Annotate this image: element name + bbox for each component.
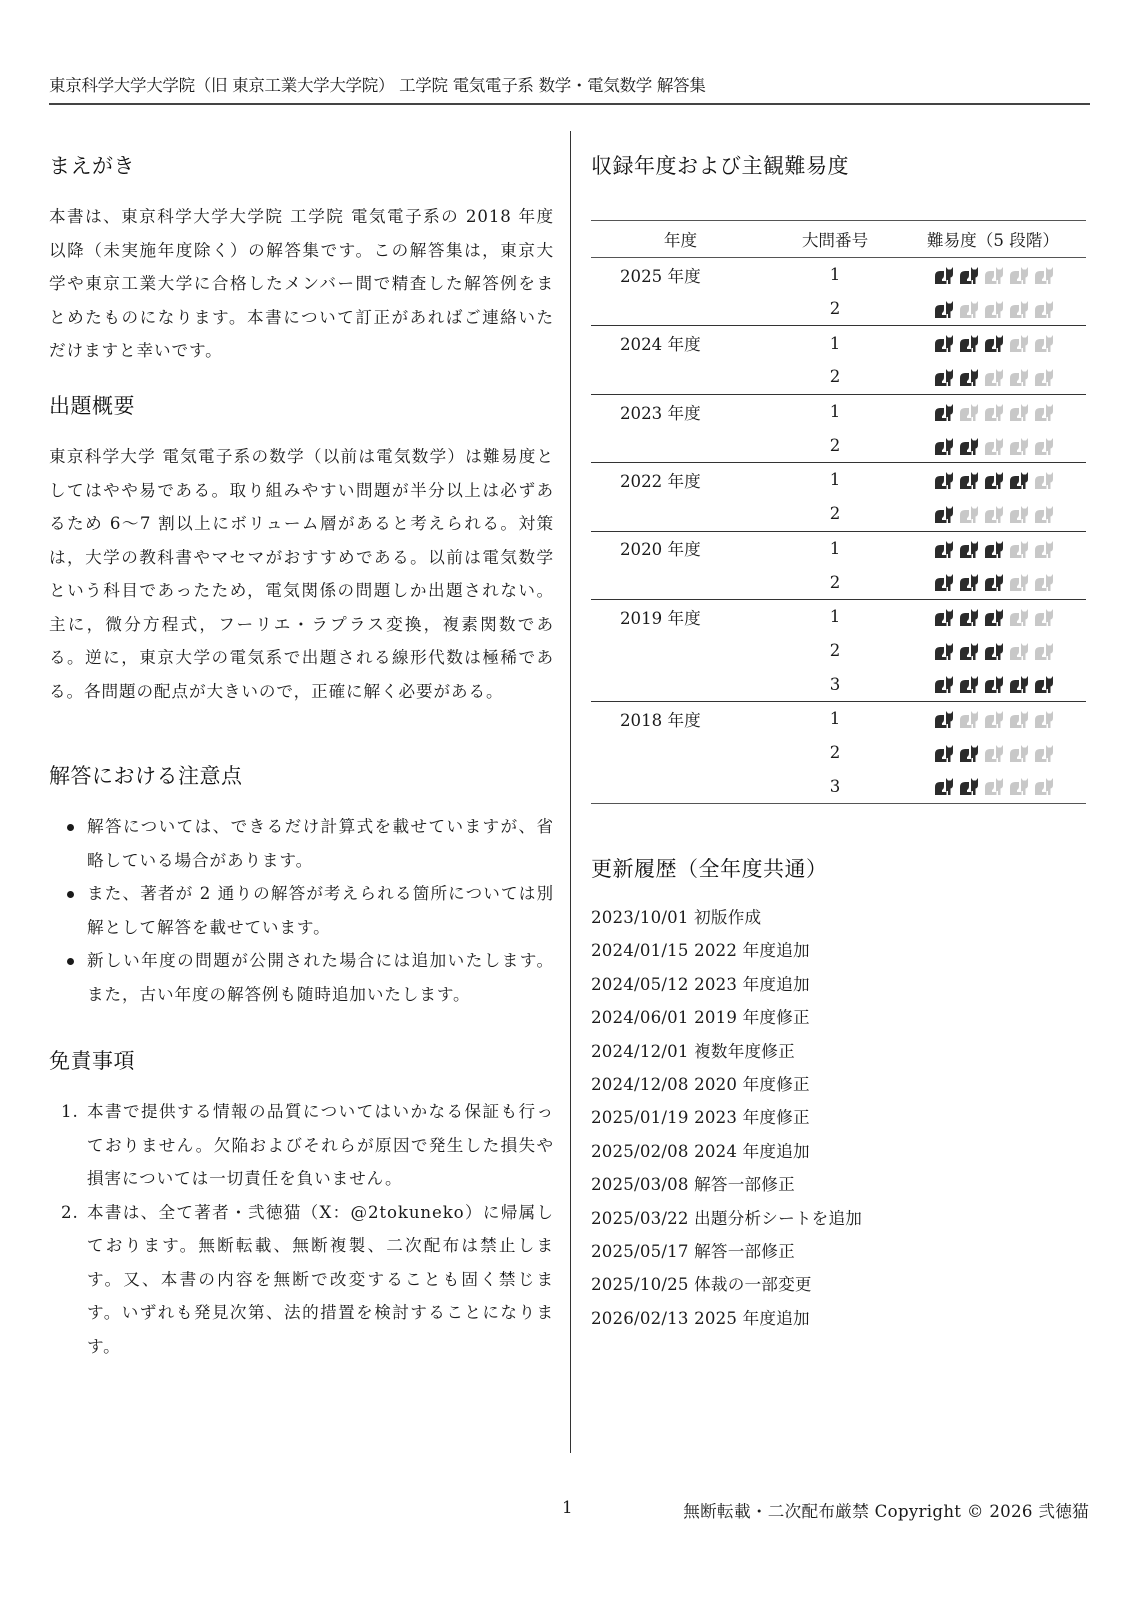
cat-empty-icon [982, 743, 1005, 763]
difficulty-cell [900, 497, 1086, 531]
copyright-notice: 無断転載・二次配布厳禁 Copyright © 2026 弐徳猫 [683, 1498, 1089, 1522]
question-number-cell: 1 [770, 531, 900, 565]
note-text: 新しい年度の問題が公開された場合には追加いたします。また，古い年度の解答例も随時… [87, 951, 554, 1004]
cat-filled-icon [957, 367, 980, 387]
year-cell [591, 634, 770, 668]
cat-filled-icon [957, 641, 980, 661]
question-number-cell: 3 [770, 667, 900, 701]
question-number-cell: 2 [770, 736, 900, 770]
difficulty-rating [932, 607, 1055, 627]
year-cell: 2020 年度 [591, 531, 770, 565]
cat-empty-icon [1032, 367, 1055, 387]
difficulty-rating [932, 402, 1055, 422]
difficulty-rating [932, 674, 1055, 694]
cat-filled-icon [932, 776, 955, 796]
cat-empty-icon [1032, 470, 1055, 490]
question-number-cell: 2 [770, 497, 900, 531]
bullet-icon [67, 824, 74, 831]
cat-empty-icon [1007, 743, 1030, 763]
cat-filled-icon [1007, 470, 1030, 490]
table-row: 2 [591, 360, 1086, 394]
difficulty-rating [932, 265, 1055, 285]
year-cell: 2024 年度 [591, 326, 770, 360]
column-divider [570, 131, 571, 1453]
note-item: 新しい年度の問題が公開された場合には追加いたします。また，古い年度の解答例も随時… [49, 944, 554, 1011]
history-entry: 2024/12/08 2020 年度修正 [591, 1068, 1086, 1101]
header-rule [49, 103, 1090, 105]
note-text: また、著者が 2 通りの解答が考えられる箇所については別解として解答を載せていま… [87, 884, 554, 937]
table-row: 3 [591, 667, 1086, 701]
cat-empty-icon [982, 265, 1005, 285]
cat-filled-icon [1032, 674, 1055, 694]
preface-section: まえがき 本書は、東京科学大学大学院 工学院 電気電子系の 2018 年度以降（… [49, 150, 554, 368]
cat-filled-icon [1007, 674, 1030, 694]
year-cell [591, 292, 770, 326]
history-entry: 2025/05/17 解答一部修正 [591, 1235, 1086, 1268]
question-number-cell: 1 [770, 599, 900, 633]
cat-filled-icon [957, 539, 980, 559]
year-cell [591, 736, 770, 770]
table-header-row: 年度 大問番号 難易度（5 段階） [591, 221, 1086, 258]
cat-filled-icon [932, 265, 955, 285]
cat-empty-icon [1007, 299, 1030, 319]
difficulty-cell [900, 394, 1086, 428]
cat-empty-icon [982, 402, 1005, 422]
right-column: 収録年度および主観難易度 年度 大問番号 難易度（5 段階） 2025 年度12… [591, 150, 1086, 180]
disclaimer-list: 1.本書で提供する情報の品質についてはいかなる保証も行っておりません。欠陥および… [49, 1095, 554, 1363]
cat-empty-icon [1032, 402, 1055, 422]
difficulty-cell [900, 634, 1086, 668]
column-header-year: 年度 [591, 221, 770, 258]
cat-filled-icon [957, 333, 980, 353]
cat-filled-icon [982, 572, 1005, 592]
cat-filled-icon [957, 436, 980, 456]
cat-empty-icon [1007, 333, 1030, 353]
cat-filled-icon [932, 333, 955, 353]
difficulty-rating [932, 333, 1055, 353]
cat-filled-icon [982, 607, 1005, 627]
cat-empty-icon [957, 504, 980, 524]
disclaimer-text: 本書で提供する情報の品質についてはいかなる保証も行っておりません。欠陥およびそれ… [87, 1102, 554, 1188]
cat-empty-icon [1032, 572, 1055, 592]
cat-filled-icon [982, 641, 1005, 661]
question-number-cell: 2 [770, 634, 900, 668]
year-cell [591, 667, 770, 701]
cat-filled-icon [932, 641, 955, 661]
table-row: 2 [591, 736, 1086, 770]
table-row: 2 [591, 497, 1086, 531]
cat-filled-icon [982, 674, 1005, 694]
disclaimer-section: 免責事項 1.本書で提供する情報の品質についてはいかなる保証も行っておりません。… [49, 1045, 554, 1363]
difficulty-rating [932, 743, 1055, 763]
cat-filled-icon [957, 743, 980, 763]
difficulty-rating [932, 709, 1055, 729]
cat-filled-icon [957, 572, 980, 592]
cat-empty-icon [982, 299, 1005, 319]
cat-empty-icon [1032, 265, 1055, 285]
cat-filled-icon [982, 333, 1005, 353]
overview-section: 出題概要 東京科学大学 電気電子系の数学（以前は電気数学）は難易度としてはやや易… [49, 390, 554, 708]
notes-heading: 解答における注意点 [49, 760, 554, 790]
cat-filled-icon [932, 402, 955, 422]
cat-filled-icon [957, 265, 980, 285]
history-entry: 2025/03/08 解答一部修正 [591, 1168, 1086, 1201]
history-entry: 2024/01/15 2022 年度追加 [591, 934, 1086, 967]
difficulty-rating [932, 641, 1055, 661]
year-cell [591, 360, 770, 394]
cat-filled-icon [932, 709, 955, 729]
difficulty-rating [932, 299, 1055, 319]
question-number-cell: 3 [770, 769, 900, 803]
history-heading: 更新履歴（全年度共通） [591, 853, 1086, 883]
cat-empty-icon [982, 776, 1005, 796]
running-header: 東京科学大学大学院（旧 東京工業大学大学院） 工学院 電気電子系 数学・電気数学… [49, 72, 1089, 96]
difficulty-cell [900, 428, 1086, 462]
question-number-cell: 2 [770, 292, 900, 326]
cat-empty-icon [957, 709, 980, 729]
note-item: 解答については、できるだけ計算式を載せていますが、省略している場合があります。 [49, 810, 554, 877]
bullet-icon [67, 891, 74, 898]
table-row: 2024 年度1 [591, 326, 1086, 360]
difficulty-rating [932, 539, 1055, 559]
preface-text: 本書は、東京科学大学大学院 工学院 電気電子系の 2018 年度以降（未実施年度… [49, 200, 554, 368]
history-entry: 2024/05/12 2023 年度追加 [591, 968, 1086, 1001]
cat-empty-icon [982, 367, 1005, 387]
cat-filled-icon [932, 743, 955, 763]
difficulty-cell [900, 769, 1086, 803]
cat-empty-icon [1032, 539, 1055, 559]
difficulty-cell [900, 565, 1086, 599]
question-number-cell: 1 [770, 326, 900, 360]
item-number: 1. [61, 1095, 79, 1129]
cat-filled-icon [957, 470, 980, 490]
year-cell [591, 497, 770, 531]
difficulty-heading: 収録年度および主観難易度 [591, 150, 1086, 180]
year-cell: 2019 年度 [591, 599, 770, 633]
cat-empty-icon [982, 709, 1005, 729]
cat-filled-icon [982, 539, 1005, 559]
cat-filled-icon [932, 607, 955, 627]
difficulty-rating [932, 572, 1055, 592]
table-row: 2 [591, 634, 1086, 668]
table-row: 2018 年度1 [591, 701, 1086, 735]
cat-filled-icon [982, 470, 1005, 490]
notes-section: 解答における注意点 解答については、できるだけ計算式を載せていますが、省略してい… [49, 760, 554, 1011]
table-row: 2 [591, 292, 1086, 326]
history-entry: 2023/10/01 初版作成 [591, 901, 1086, 934]
cat-empty-icon [982, 504, 1005, 524]
question-number-cell: 1 [770, 701, 900, 735]
question-number-cell: 1 [770, 258, 900, 292]
difficulty-cell [900, 258, 1086, 292]
difficulty-rating [932, 436, 1055, 456]
cat-empty-icon [1032, 333, 1055, 353]
cat-empty-icon [1032, 607, 1055, 627]
year-cell [591, 565, 770, 599]
table-row: 2022 年度1 [591, 463, 1086, 497]
cat-empty-icon [1007, 776, 1030, 796]
history-entry: 2025/03/22 出題分析シートを追加 [591, 1202, 1086, 1235]
year-cell: 2018 年度 [591, 701, 770, 735]
cat-filled-icon [957, 607, 980, 627]
disclaimer-item: 1.本書で提供する情報の品質についてはいかなる保証も行っておりません。欠陥および… [49, 1095, 554, 1196]
cat-filled-icon [932, 539, 955, 559]
difficulty-cell [900, 531, 1086, 565]
cat-empty-icon [982, 436, 1005, 456]
question-number-cell: 2 [770, 360, 900, 394]
table-row: 2020 年度1 [591, 531, 1086, 565]
difficulty-cell [900, 326, 1086, 360]
cat-filled-icon [932, 299, 955, 319]
history-entry: 2024/06/01 2019 年度修正 [591, 1001, 1086, 1034]
cat-empty-icon [1007, 641, 1030, 661]
difficulty-cell [900, 292, 1086, 326]
question-number-cell: 2 [770, 428, 900, 462]
overview-heading: 出題概要 [49, 390, 554, 420]
disclaimer-heading: 免責事項 [49, 1045, 554, 1075]
year-cell [591, 428, 770, 462]
column-header-question: 大問番号 [770, 221, 900, 258]
cat-filled-icon [957, 776, 980, 796]
question-number-cell: 1 [770, 463, 900, 497]
difficulty-cell [900, 667, 1086, 701]
cat-empty-icon [1007, 572, 1030, 592]
cat-empty-icon [1007, 539, 1030, 559]
difficulty-rating [932, 470, 1055, 490]
cat-empty-icon [957, 299, 980, 319]
difficulty-rating [932, 776, 1055, 796]
table-row: 3 [591, 769, 1086, 803]
item-number: 2. [61, 1196, 79, 1230]
cat-empty-icon [1007, 436, 1030, 456]
cat-empty-icon [1007, 367, 1030, 387]
table-row: 2019 年度1 [591, 599, 1086, 633]
cat-filled-icon [932, 367, 955, 387]
cat-filled-icon [932, 674, 955, 694]
disclaimer-item: 2.本書は、全て著者・弐徳猫（X：@2tokuneko）に帰属しております。無断… [49, 1196, 554, 1364]
cat-filled-icon [932, 572, 955, 592]
cat-empty-icon [1032, 641, 1055, 661]
cat-empty-icon [1032, 504, 1055, 524]
history-list: 2023/10/01 初版作成2024/01/15 2022 年度追加2024/… [591, 901, 1086, 1335]
year-cell: 2023 年度 [591, 394, 770, 428]
column-header-difficulty: 難易度（5 段階） [900, 221, 1086, 258]
note-text: 解答については、できるだけ計算式を載せていますが、省略している場合があります。 [87, 817, 554, 870]
cat-empty-icon [1007, 265, 1030, 285]
cat-empty-icon [1007, 709, 1030, 729]
difficulty-table: 年度 大問番号 難易度（5 段階） 2025 年度122024 年度122023… [591, 220, 1086, 804]
table-row: 2 [591, 565, 1086, 599]
disclaimer-text: 本書は、全て著者・弐徳猫（X：@2tokuneko）に帰属しております。無断転載… [87, 1203, 554, 1356]
history-entry: 2025/10/25 体裁の一部変更 [591, 1268, 1086, 1301]
cat-filled-icon [932, 470, 955, 490]
history-entry: 2025/01/19 2023 年度修正 [591, 1101, 1086, 1134]
question-number-cell: 1 [770, 394, 900, 428]
update-history: 更新履歴（全年度共通） 2023/10/01 初版作成2024/01/15 20… [591, 853, 1086, 1335]
cat-empty-icon [1007, 402, 1030, 422]
cat-empty-icon [957, 402, 980, 422]
difficulty-cell [900, 360, 1086, 394]
cat-filled-icon [957, 674, 980, 694]
history-entry: 2024/12/01 複数年度修正 [591, 1035, 1086, 1068]
cat-filled-icon [932, 504, 955, 524]
cat-empty-icon [1032, 299, 1055, 319]
history-entry: 2026/02/13 2025 年度追加 [591, 1302, 1086, 1335]
bullet-icon [67, 958, 74, 965]
notes-list: 解答については、できるだけ計算式を載せていますが、省略している場合があります。ま… [49, 810, 554, 1011]
difficulty-rating [932, 367, 1055, 387]
cat-empty-icon [1007, 504, 1030, 524]
question-number-cell: 2 [770, 565, 900, 599]
history-entry: 2025/02/08 2024 年度追加 [591, 1135, 1086, 1168]
table-row: 2025 年度1 [591, 258, 1086, 292]
difficulty-rating [932, 504, 1055, 524]
difficulty-cell [900, 701, 1086, 735]
year-cell: 2022 年度 [591, 463, 770, 497]
year-cell: 2025 年度 [591, 258, 770, 292]
year-cell [591, 769, 770, 803]
cat-empty-icon [1007, 607, 1030, 627]
page-number: 1 [562, 1498, 573, 1517]
cat-empty-icon [1032, 776, 1055, 796]
cat-empty-icon [1032, 743, 1055, 763]
cat-empty-icon [1032, 709, 1055, 729]
note-item: また、著者が 2 通りの解答が考えられる箇所については別解として解答を載せていま… [49, 877, 554, 944]
difficulty-cell [900, 463, 1086, 497]
overview-text: 東京科学大学 電気電子系の数学（以前は電気数学）は難易度としてはやや易である。取… [49, 440, 554, 708]
difficulty-cell [900, 599, 1086, 633]
difficulty-cell [900, 736, 1086, 770]
table-row: 2 [591, 428, 1086, 462]
preface-heading: まえがき [49, 150, 554, 180]
cat-empty-icon [1032, 436, 1055, 456]
cat-filled-icon [932, 436, 955, 456]
table-row: 2023 年度1 [591, 394, 1086, 428]
